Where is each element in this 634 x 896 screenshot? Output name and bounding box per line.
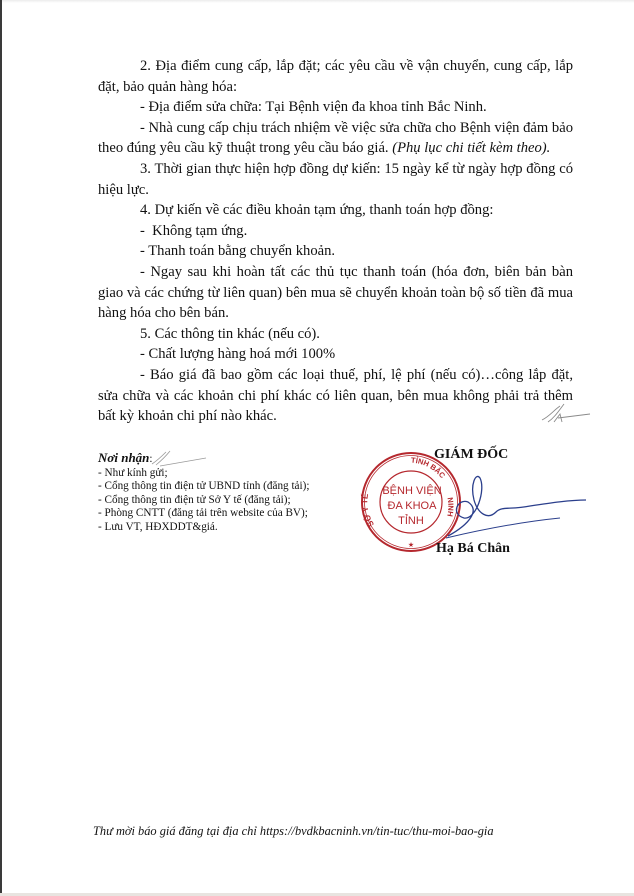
paragraph-delivery-location: 2. Địa điểm cung cấp, lắp đặt; các yêu c…	[98, 56, 573, 97]
paragraph-no-advance: - Không tạm ứng.	[98, 221, 573, 242]
svg-text:★: ★	[408, 541, 414, 549]
initial-mark-icon	[148, 448, 208, 468]
document-body: 2. Địa điểm cung cấp, lắp đặt; các yêu c…	[98, 56, 573, 427]
initial-mark-icon	[540, 400, 592, 426]
recipients-block: Nơi nhận: - Như kính gửi; - Cổng thông t…	[98, 450, 368, 535]
stamp-line-2: ĐA KHOA	[388, 500, 438, 512]
paragraph-quality: - Chất lượng hàng hoá mới 100%	[98, 344, 573, 365]
footer-note: Thư mời báo giá đăng tại địa chỉ https:/…	[93, 824, 494, 839]
recipients-title: Nơi nhận	[98, 450, 149, 465]
paragraph-payment-process: - Ngay sau khi hoàn tất các thủ tục than…	[98, 262, 573, 324]
svg-text:SỞ Y TẾ: SỞ Y TẾ	[359, 492, 376, 528]
stamp-line-1: BỆNH VIỆN	[382, 484, 441, 497]
recipient-item: - Cổng thông tin điện tử Sở Y tế (đăng t…	[98, 494, 368, 508]
paragraph-price-includes: - Báo giá đã bao gồm các loại thuế, phí,…	[98, 365, 573, 427]
recipient-item: - Phòng CNTT (đăng tải trên website của …	[98, 507, 368, 521]
stamp-line-3: TỈNH	[398, 514, 424, 527]
paragraph-contract-time: 3. Thời gian thực hiện hợp đồng dự kiến:…	[98, 159, 573, 200]
paragraph-other-info: 5. Các thông tin khác (nếu có).	[98, 324, 573, 345]
recipient-item: - Như kính gửi;	[98, 467, 368, 481]
page-top-edge	[2, 0, 634, 3]
recipient-item: - Lưu VT, HĐXDDT&giá.	[98, 521, 368, 535]
appendix-note: (Phụ lục chi tiết kèm theo).	[392, 140, 550, 156]
paragraph-payment-terms: 4. Dự kiến về các điều khoản tạm ứng, th…	[98, 200, 573, 221]
page-left-edge	[0, 0, 2, 893]
paragraph-repair-location: - Địa điểm sửa chữa: Tại Bệnh viện đa kh…	[98, 97, 573, 118]
recipients-heading: Nơi nhận:	[98, 450, 368, 467]
recipient-item: - Cổng thông tin điện tử UBND tỉnh (đăng…	[98, 480, 368, 494]
paragraph-bank-transfer: - Thanh toán bằng chuyển khoản.	[98, 241, 573, 262]
director-name: Hạ Bá Chân	[436, 541, 510, 557]
director-signature-icon	[440, 470, 590, 540]
paragraph-supplier-responsibility: - Nhà cung cấp chịu trách nhiệm về việc …	[98, 118, 573, 159]
